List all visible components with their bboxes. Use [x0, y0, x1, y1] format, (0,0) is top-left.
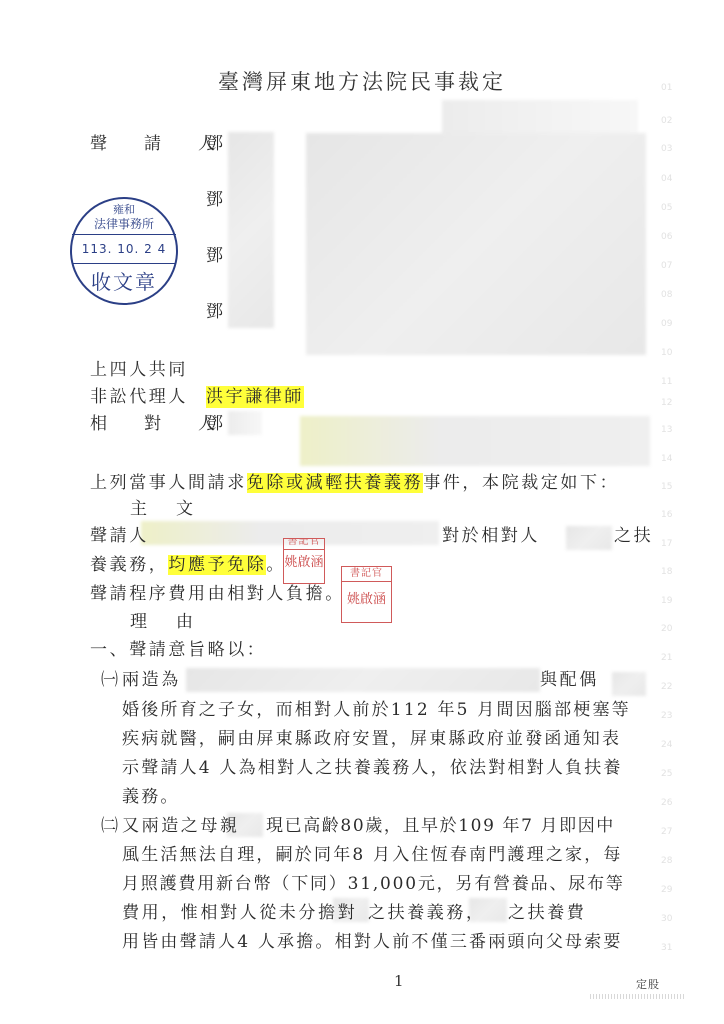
line-number: 30 [661, 914, 672, 924]
line-number: 17 [661, 539, 672, 549]
item2-line1-suffix: 現已高齡80歲，且早於109 年7 月即因中 [266, 816, 615, 836]
line-number: 01 [661, 83, 672, 93]
page-number: 1 [394, 972, 404, 990]
line-number: 15 [661, 482, 672, 492]
line-number: 08 [661, 290, 672, 300]
main-line2-highlight: 均應予免除 [168, 555, 266, 575]
intro-suffix: 事件，本院裁定如下： [423, 473, 619, 493]
line-number: 10 [661, 348, 672, 358]
line-number: 11 [661, 377, 672, 387]
redaction-block [306, 133, 646, 355]
main-line1-prefix: 聲請人 [90, 526, 149, 546]
item2-line2: 風生活無法自理，嗣於同年8 月入住恆春南門護理之家，每 [122, 845, 623, 865]
main-text-heading: 主 文 [130, 499, 199, 519]
main-line2-prefix: 養義務， [90, 555, 168, 575]
item2-line1-prefix: 又兩造之母親 [122, 816, 240, 836]
item2-line4-a: 費用，惟相對人從未分擔對 [122, 903, 357, 923]
line-number: 27 [661, 827, 672, 837]
received-stamp-org-line2: 法律事務所 [72, 217, 176, 231]
received-stamp: 雍和 法律事務所 113. 10. 2 4 收文章 [70, 197, 178, 305]
item2-line3: 月照護費用新台幣（下同）31,000元，另有營養品、尿布等 [122, 874, 625, 894]
redaction-block [566, 526, 612, 550]
item1-line: 婚後所育之子女，而相對人前於112 年5 月間因腦部梗塞等 [122, 700, 631, 720]
line-number: 25 [661, 769, 672, 779]
line-number: 28 [661, 856, 672, 866]
intro-line: 上列當事人間請求免除或減輕扶養義務事件，本院裁定如下： [90, 473, 619, 493]
line-number: 26 [661, 798, 672, 808]
clerk-seal-stamp: 書記官 姚啟涵 [341, 566, 392, 623]
item1-line: 示聲請人4 人為相對人之扶養義務人，依法對相對人負扶養 [122, 758, 623, 778]
item2-line5: 用皆由聲請人4 人承擔。相對人前不僅三番兩頭向父母索要 [122, 932, 623, 952]
stamp-divider [72, 263, 176, 264]
received-stamp-label: 收文章 [72, 266, 176, 295]
line-number: 21 [661, 653, 672, 663]
petitioner-surname-2: 鄧 [206, 190, 226, 210]
reasons-section-1: 一、聲請意旨略以： [90, 640, 266, 660]
item1-line: 疾病就醫，嗣由屏東縣政府安置，屏東縣政府並發函通知表 [122, 729, 621, 749]
line-number: 19 [661, 596, 672, 606]
clerk-seal-name: 姚啟涵 [342, 582, 391, 618]
line-number: 13 [661, 425, 672, 435]
item2-line4-c: 之扶養費 [508, 903, 586, 923]
line-number: 24 [661, 740, 672, 750]
joint-label: 上四人共同 [90, 360, 188, 380]
main-line3: 聲請程序費用由相對人負擔。 [90, 584, 345, 604]
petitioner-label: 聲 請 人 [90, 134, 225, 154]
item1-line1-prefix: 兩造為 [122, 670, 181, 690]
item1-marker: ㈠ [101, 670, 118, 690]
line-number: 23 [661, 711, 672, 721]
petitioner-surname-4: 鄧 [206, 302, 226, 322]
redaction-block [612, 672, 646, 696]
redaction-block [228, 411, 262, 435]
intro-highlight: 免除或減輕扶養義務 [247, 473, 423, 493]
petitioner-surname-3: 鄧 [206, 246, 226, 266]
footer-barcode [590, 994, 684, 999]
line-number: 09 [661, 319, 672, 329]
line-number: 16 [661, 510, 672, 520]
reasons-heading: 理 由 [130, 612, 199, 632]
received-stamp-date: 113. 10. 2 4 [72, 242, 176, 256]
line-number: 04 [661, 174, 672, 184]
agent-name-highlight: 洪宇謙律師 [206, 386, 304, 408]
item2-marker: ㈡ [101, 816, 118, 836]
line-number: 03 [661, 144, 672, 154]
line-number: 29 [661, 885, 672, 895]
received-stamp-org-line1: 雍和 [72, 204, 176, 216]
stamp-divider [72, 234, 176, 235]
line-number: 14 [661, 454, 672, 464]
redaction-block [442, 100, 638, 136]
document-title: 臺灣屏東地方法院民事裁定 [218, 66, 506, 96]
respondent-label: 相 對 人 [90, 414, 225, 434]
line-number: 07 [661, 261, 672, 271]
item2-line4-b: 之扶養義務， [368, 903, 486, 923]
clerk-seal-title: 書記官 [284, 539, 324, 550]
item1-line: 義務。 [122, 787, 180, 807]
line-number: 31 [661, 943, 672, 953]
line-number: 22 [661, 682, 672, 692]
intro-prefix: 上列當事人間請求 [90, 473, 247, 493]
clerk-seal-title: 書記官 [342, 567, 391, 582]
respondent-surname: 鄧 [206, 414, 226, 434]
redaction-block [186, 668, 540, 692]
line-number: 12 [661, 398, 672, 408]
line-number: 06 [661, 232, 672, 242]
line-number: 02 [661, 116, 672, 126]
main-line2: 養義務，均應予免除。 [90, 555, 286, 575]
petitioner-surname-1: 鄧 [206, 134, 226, 154]
redaction-block [300, 416, 650, 466]
division-code: 定股 [636, 976, 660, 992]
redaction-block [228, 132, 274, 328]
line-number: 18 [661, 567, 672, 577]
clerk-seal-name: 姚啟涵 [284, 550, 324, 576]
line-number: 20 [661, 624, 672, 634]
clerk-seal-stamp: 書記官 姚啟涵 [283, 538, 325, 584]
item1-line1-suffix: 與配偶 [540, 670, 599, 690]
line-number: 05 [661, 203, 672, 213]
main-line1-mid: 對於相對人 [442, 526, 540, 546]
agent-label: 非訟代理人 [90, 387, 188, 407]
main-line1-suffix: 之扶 [614, 526, 653, 546]
